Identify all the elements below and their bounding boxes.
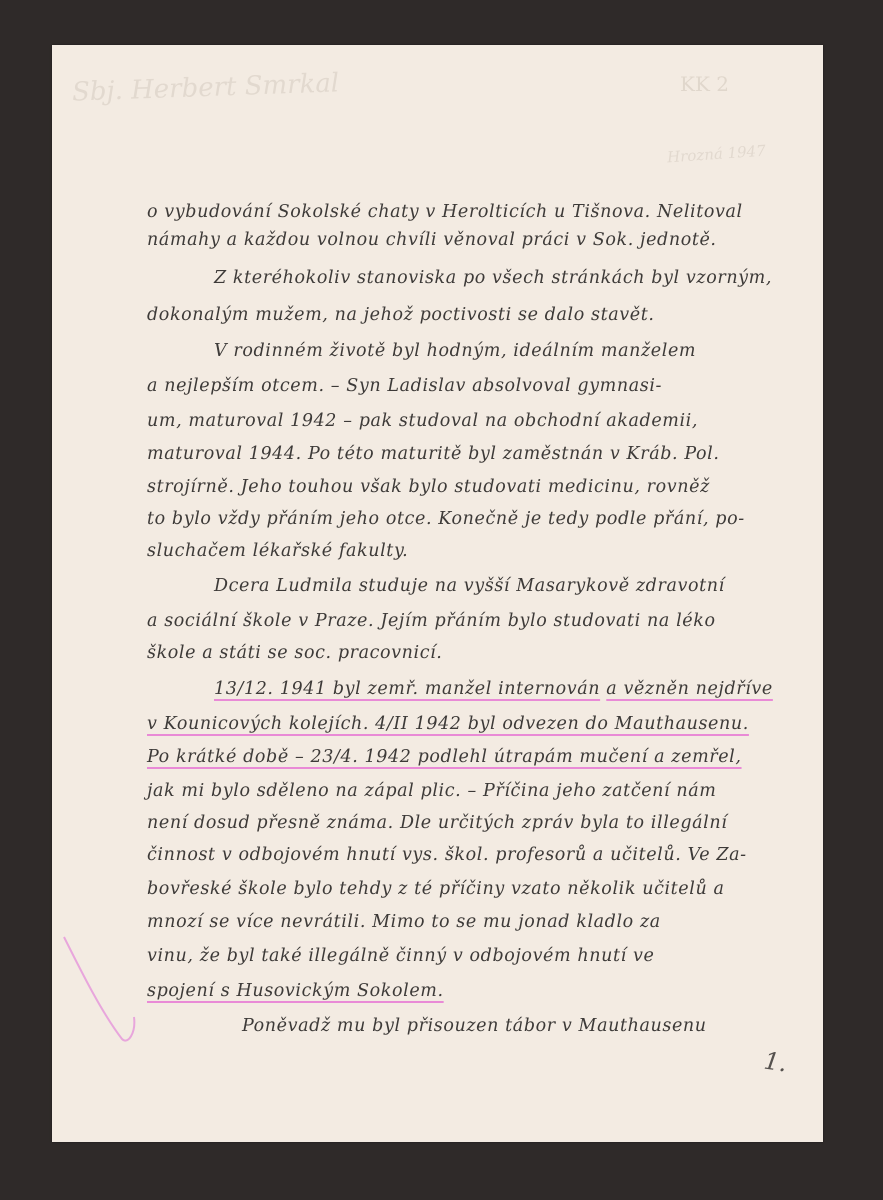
text-line-underlined: v Kounicových kolejích. 4/II 1942 byl od… [147, 713, 749, 735]
document-page: Sbj. Herbert Smrkal KK 2 Hrozná 1947 o v… [52, 45, 823, 1142]
text-line: um, maturoval 1942 – pak studoval na obc… [147, 410, 698, 432]
text-line-underlined: 13/12. 1941 byl zemř. manžel internován … [214, 678, 773, 700]
ghost-mark-signature: Sbj. Herbert Smrkal [72, 68, 340, 107]
text-line: jak mi bylo sděleno na zápal plic. – Pří… [147, 780, 717, 802]
text-line: a sociální škole v Praze. Jejím přáním b… [147, 610, 716, 632]
page-number: 1. [762, 1047, 789, 1078]
pink-checkmark-icon [62, 933, 142, 1045]
text-line: o vybudování Sokolské chaty v Herolticíc… [147, 201, 743, 223]
ghost-mark-code: KK 2 [680, 72, 729, 96]
text-line: sluchačem lékařské fakulty. [147, 540, 408, 562]
text-line: strojírně. Jeho touhou však bylo studova… [147, 476, 710, 498]
ghost-mark-date: Hrozná 1947 [666, 142, 766, 167]
text-line: činnost v odbojovém hnutí vys. škol. pro… [147, 844, 747, 866]
text-line: škole a státi se soc. pracovnicí. [147, 642, 442, 664]
text-line: a nejlepším otcem. – Syn Ladislav absolv… [147, 375, 662, 397]
text-line: není dosud přesně známa. Dle určitých zp… [147, 812, 727, 834]
underlined-segment: a vězněn nejdříve [606, 679, 773, 699]
text-line: to bylo vždy přáním jeho otce. Konečně j… [147, 508, 745, 530]
text-line-underlined: Po krátké době – 23/4. 1942 podlehl útra… [147, 746, 742, 768]
text-line: V rodinném životě byl hodným, ideálním m… [214, 340, 696, 362]
text-line: Dcera Ludmila studuje na vyšší Masarykov… [214, 575, 725, 597]
text-line: Poněvadž mu byl přisouzen tábor v Mautha… [242, 1015, 707, 1037]
underlined-segment: 13/12. 1941 byl zemř. manžel internován [214, 679, 600, 699]
text-line: námahy a každou volnou chvíli věnoval pr… [147, 229, 717, 251]
text-line: mnozí se více nevrátili. Mimo to se mu j… [147, 911, 661, 933]
text-line: vinu, že byl také illegálně činný v odbo… [147, 945, 654, 967]
text-line-underlined: spojení s Husovickým Sokolem. [147, 980, 444, 1002]
text-line: bovřeské škole bylo tehdy z té příčiny v… [147, 878, 725, 900]
text-line: dokonalým mužem, na jehož poctivosti se … [147, 304, 655, 326]
text-line: maturoval 1944. Po této maturitě byl zam… [147, 443, 720, 465]
text-line: Z kteréhokoliv stanoviska po všech strán… [214, 267, 772, 289]
